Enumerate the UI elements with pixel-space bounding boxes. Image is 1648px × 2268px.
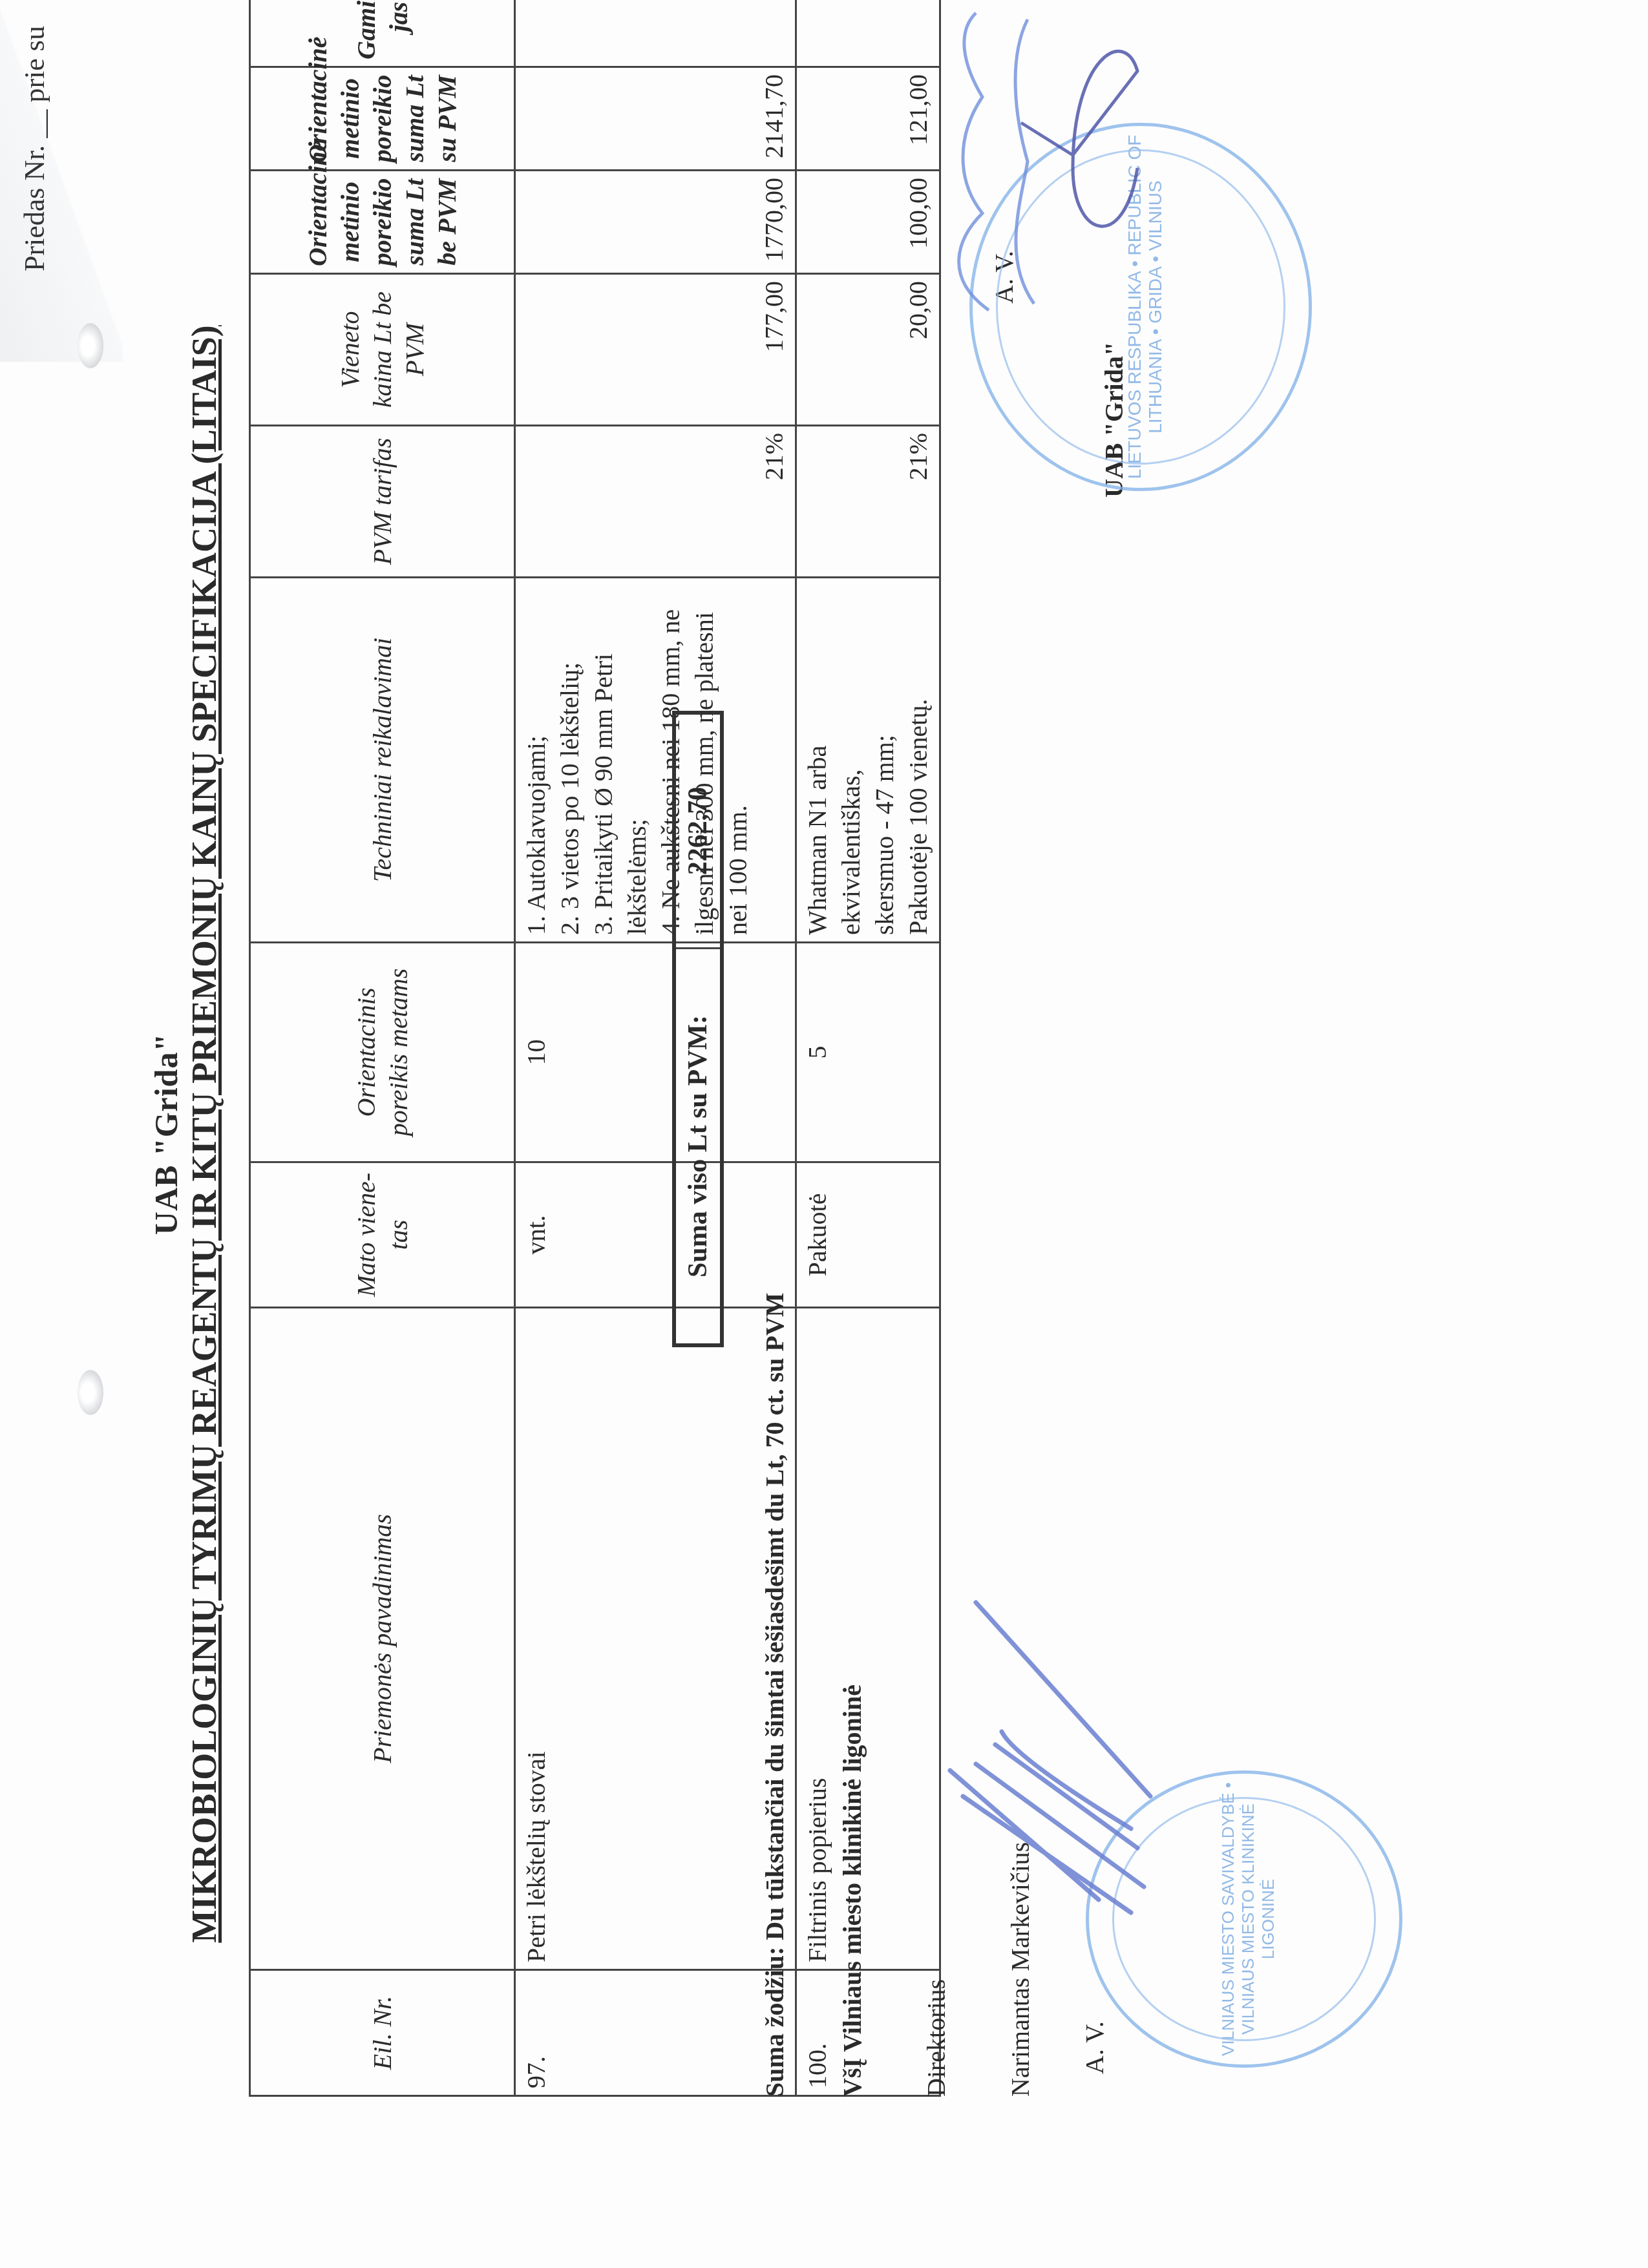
cell-requirements: Whatman N1 arba ekvivalentiškas, skersmu…	[796, 578, 940, 943]
requirement-line: 3. Pritaikyti Ø 90 mm Petri lėkštelėms;	[587, 585, 654, 935]
col-header-sum-without-vat: Orientacinė metinio poreikio suma Lt be …	[250, 171, 515, 274]
cell-sum-with-vat: 121,00	[796, 67, 940, 171]
cell-unit-price: 20,00	[796, 274, 940, 426]
buyer-stamp: VILNIAUS MIESTO SAVIVALDYBĖ • VILNIAUS M…	[1086, 1770, 1402, 2068]
cell-unit: vnt.	[515, 1162, 796, 1308]
col-header-nr: Eil. Nr.	[250, 1970, 515, 2096]
cell-sum-without-vat: 100,00	[796, 171, 940, 274]
col-header-name: Priemonės pavadinimas	[250, 1308, 515, 1970]
grand-total-label: Suma viso Lt su PVM:	[676, 947, 720, 1343]
buyer-organization: VšĮ Vilniaus miesto klinikinė ligoninė	[837, 1685, 867, 2097]
buyer-position: Direktorius	[921, 1979, 951, 2097]
grand-total-box: Suma viso Lt su PVM: 2262,70	[672, 711, 724, 1347]
col-header-unit-price: Vieneto kaina Lt be PVM	[250, 274, 515, 426]
supplier-stamp-text: LIETUVOS RESPUBLIKA • REPUBLIC OF LITHUA…	[1125, 126, 1166, 488]
col-header-vat-rate: PVM tarifas	[250, 426, 515, 578]
cell-vat-rate: 21%	[515, 426, 796, 578]
punch-hole-shadow	[78, 323, 103, 368]
cell-quantity: 5	[796, 943, 940, 1162]
grand-total-value: 2262,70	[676, 715, 720, 947]
cell-sum-with-vat: 2141,70	[515, 67, 796, 171]
col-header-unit: Mato viene-tas	[250, 1162, 515, 1308]
table-row: 97. Petri lėkštelių stovai vnt. 10 1. Au…	[515, 0, 796, 2096]
cell-vat-rate: 21%	[796, 426, 940, 578]
cell-unit: Pakuotė	[796, 1162, 940, 1308]
cell-manufacturer	[796, 0, 940, 67]
supplier-stamp: LIETUVOS RESPUBLIKA • REPUBLIC OF LITHUA…	[969, 123, 1312, 491]
cell-unit-price: 177,00	[515, 274, 796, 426]
requirement-line: Whatman N1 arba ekvivalentiškas,	[801, 585, 868, 935]
buyer-stamp-text: VILNIAUS MIESTO SAVIVALDYBĖ • VILNIAUS M…	[1218, 1774, 1278, 2064]
col-header-quantity: Orientacinis poreikis metams	[250, 943, 515, 1162]
cell-manufacturer	[515, 0, 796, 67]
requirement-line: 1. Autoklavuojami;	[520, 585, 553, 935]
cell-sum-without-vat: 1770,00	[515, 171, 796, 274]
requirement-line: skersmuo - 47 mm;	[868, 585, 902, 935]
sum-in-words: Suma žodžiu: Du tūkstančiai du šimtai še…	[759, 1292, 790, 2097]
requirement-line: Pakuotėje 100 vienetų.	[902, 585, 935, 935]
cell-quantity: 10	[515, 943, 796, 1162]
col-header-sum-with-vat: Orientacinė metinio poreikio suma Lt su …	[250, 67, 515, 171]
document-title: MIKROBIOLOGINIŲ TYRIMŲ REAGENTŲ IR KITŲ …	[184, 0, 224, 2268]
table-row: 100. Filtrinis popierius Pakuotė 5 Whatm…	[796, 0, 940, 2096]
annex-label: Priedas Nr. __ prie su	[18, 26, 51, 271]
col-header-requirements: Techniniai reikalavimai	[250, 578, 515, 943]
cell-requirements: 1. Autoklavuojami; 2. 3 vietos po 10 lėk…	[515, 578, 796, 943]
cell-nr: 100.	[796, 1970, 940, 2096]
table-header-row: Eil. Nr. Priemonės pavadinimas Mato vien…	[250, 0, 515, 2096]
requirement-line: 2. 3 vietos po 10 lėkštelių;	[553, 585, 587, 935]
document-page: Priedas Nr. __ prie su UAB "Grida" MIKRO…	[0, 0, 1648, 2268]
col-header-manufacturer: Gaminto-jas	[250, 0, 515, 67]
company-heading: UAB "Grida"	[147, 0, 185, 2268]
punch-hole-shadow	[78, 1370, 103, 1415]
buyer-signatory-name: Narimantas Markevičius	[1005, 1842, 1035, 2097]
cell-name: Filtrinis popierius	[796, 1308, 940, 1970]
cell-name: Petri lėkštelių stovai	[515, 1308, 796, 1970]
buyer-seal-label: A. V.	[1079, 2021, 1110, 2074]
cell-nr: 97.	[515, 1970, 796, 2096]
